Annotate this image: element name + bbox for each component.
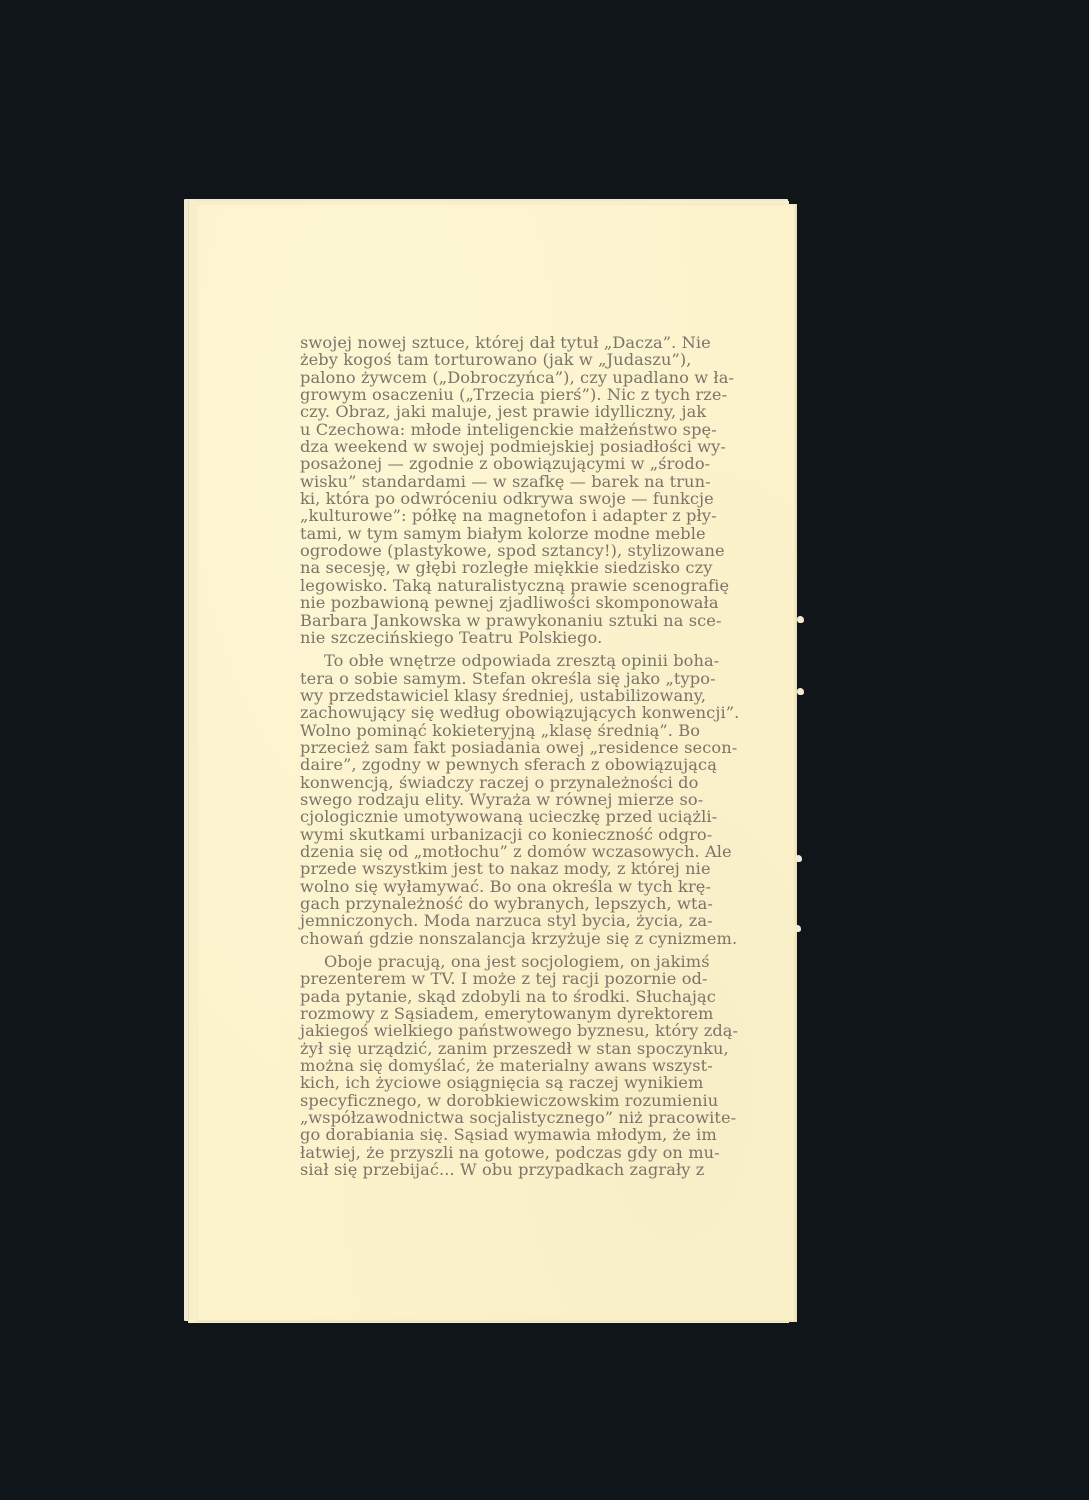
text-line: jemniczonych. Moda narzuca styl bycia, ż… [300,912,766,929]
text-line: na secesję, w głębi rozległe miękkie sie… [300,559,766,576]
text-line: kich, ich życiowe osiągnięcia są raczej … [300,1074,766,1091]
text-line: ki, która po odwróceniu odkrywa swoje — … [300,490,766,507]
text-line: przecież sam fakt posiadania owej „resid… [300,739,766,756]
text-line: To obłe wnętrze odpowiada zresztą opinii… [300,652,766,669]
text-line: u Czechowa: młode inteligenckie małżeńst… [300,421,766,438]
paragraph: To obłe wnętrze odpowiada zresztą opinii… [300,652,766,947]
paragraph: Oboje pracują, ona jest socjologiem, on … [300,953,766,1178]
text-line: tera o sobie samym. Stefan określa się j… [300,670,766,687]
text-line: nie szczecińskiego Teatru Polskiego. [300,629,766,646]
text-line: nie pozbawioną pewnej zjadliwości skompo… [300,594,766,611]
text-line: daire”, zgodny w pewnych sferach z obowi… [300,756,766,773]
text-line: siał się przebijać... W obu przypadkach … [300,1161,766,1178]
torn-edge-fleck [797,616,804,623]
text-line: posażonej — zgodnie z obowiązującymi w „… [300,455,766,472]
paragraph: swojej nowej sztuce, której dał tytuł „D… [300,334,766,646]
text-line: konwencją, świadczy raczej o przynależno… [300,774,766,791]
text-line: wisku” standardami — w szafkę — barek na… [300,473,766,490]
text-line: prezenterem w TV. I może z tej racji poz… [300,970,766,987]
text-line: ogrodowe (plastykowe, spod sztancy!), st… [300,542,766,559]
text-line: jakiegoś wielkiego państwowego byznesu, … [300,1022,766,1039]
text-line: Barbara Jankowska w prawykonaniu sztuki … [300,612,766,629]
text-line: dza weekend w swojej podmiejskiej posiad… [300,438,766,455]
text-line: „kulturowe”: półkę na magnetofon i adapt… [300,507,766,524]
text-line: można się domyślać, że materialny awans … [300,1057,766,1074]
text-line: „współzawodnictwa socjalistycznego” niż … [300,1109,766,1126]
text-line: swojej nowej sztuce, której dał tytuł „D… [300,334,766,351]
text-line: rozmowy z Sąsiadem, emerytowanym dyrekto… [300,1005,766,1022]
text-line: Oboje pracują, ona jest socjologiem, on … [300,953,766,970]
article-text: swojej nowej sztuce, której dał tytuł „D… [300,334,766,1179]
text-line: chowań gdzie nonszalancja krzyżuje się z… [300,930,766,947]
text-line: gach przynależność do wybranych, lepszyc… [300,895,766,912]
text-line: legowisko. Taką naturalistyczną prawie s… [300,577,766,594]
text-line: go dorabiania się. Sąsiad wymawia młodym… [300,1126,766,1143]
text-line: growym osaczeniu („Trzecia pierś”). Nic … [300,386,766,403]
text-line: łatwiej, że przyszli na gotowe, podczas … [300,1144,766,1161]
text-line: cjologicznie umotywowaną ucieczkę przed … [300,808,766,825]
text-line: wolno się wyłamywać. Bo ona określa w ty… [300,878,766,895]
text-line: żeby kogoś tam torturowano (jak w „Judas… [300,351,766,368]
torn-edge-fleck [795,855,802,862]
torn-edge-fleck [797,688,804,695]
text-line: pada pytanie, skąd zdobyli na to środki.… [300,988,766,1005]
text-line: dzenia się od „motłochu” z domów wczasow… [300,843,766,860]
text-line: czy. Obraz, jaki maluje, jest prawie idy… [300,403,766,420]
text-line: wy przedstawiciel klasy średniej, ustabi… [300,687,766,704]
text-line: swego rodzaju elity. Wyraża w równej mie… [300,791,766,808]
torn-edge-fleck [794,925,801,932]
text-line: wymi skutkami urbanizacji co konieczność… [300,826,766,843]
text-line: żył się urządzić, zanim przeszedł w stan… [300,1040,766,1057]
text-line: Wolno pominąć kokieteryjną „klasę średni… [300,722,766,739]
text-line: tami, w tym samym białym kolorze modne m… [300,525,766,542]
text-line: zachowujący się według obowiązujących ko… [300,704,766,721]
text-line: przede wszystkim jest to nakaz mody, z k… [300,860,766,877]
text-line: specyficznego, w dorobkiewiczowskim rozu… [300,1092,766,1109]
text-line: palono żywcem („Dobroczyńca”), czy upadl… [300,369,766,386]
